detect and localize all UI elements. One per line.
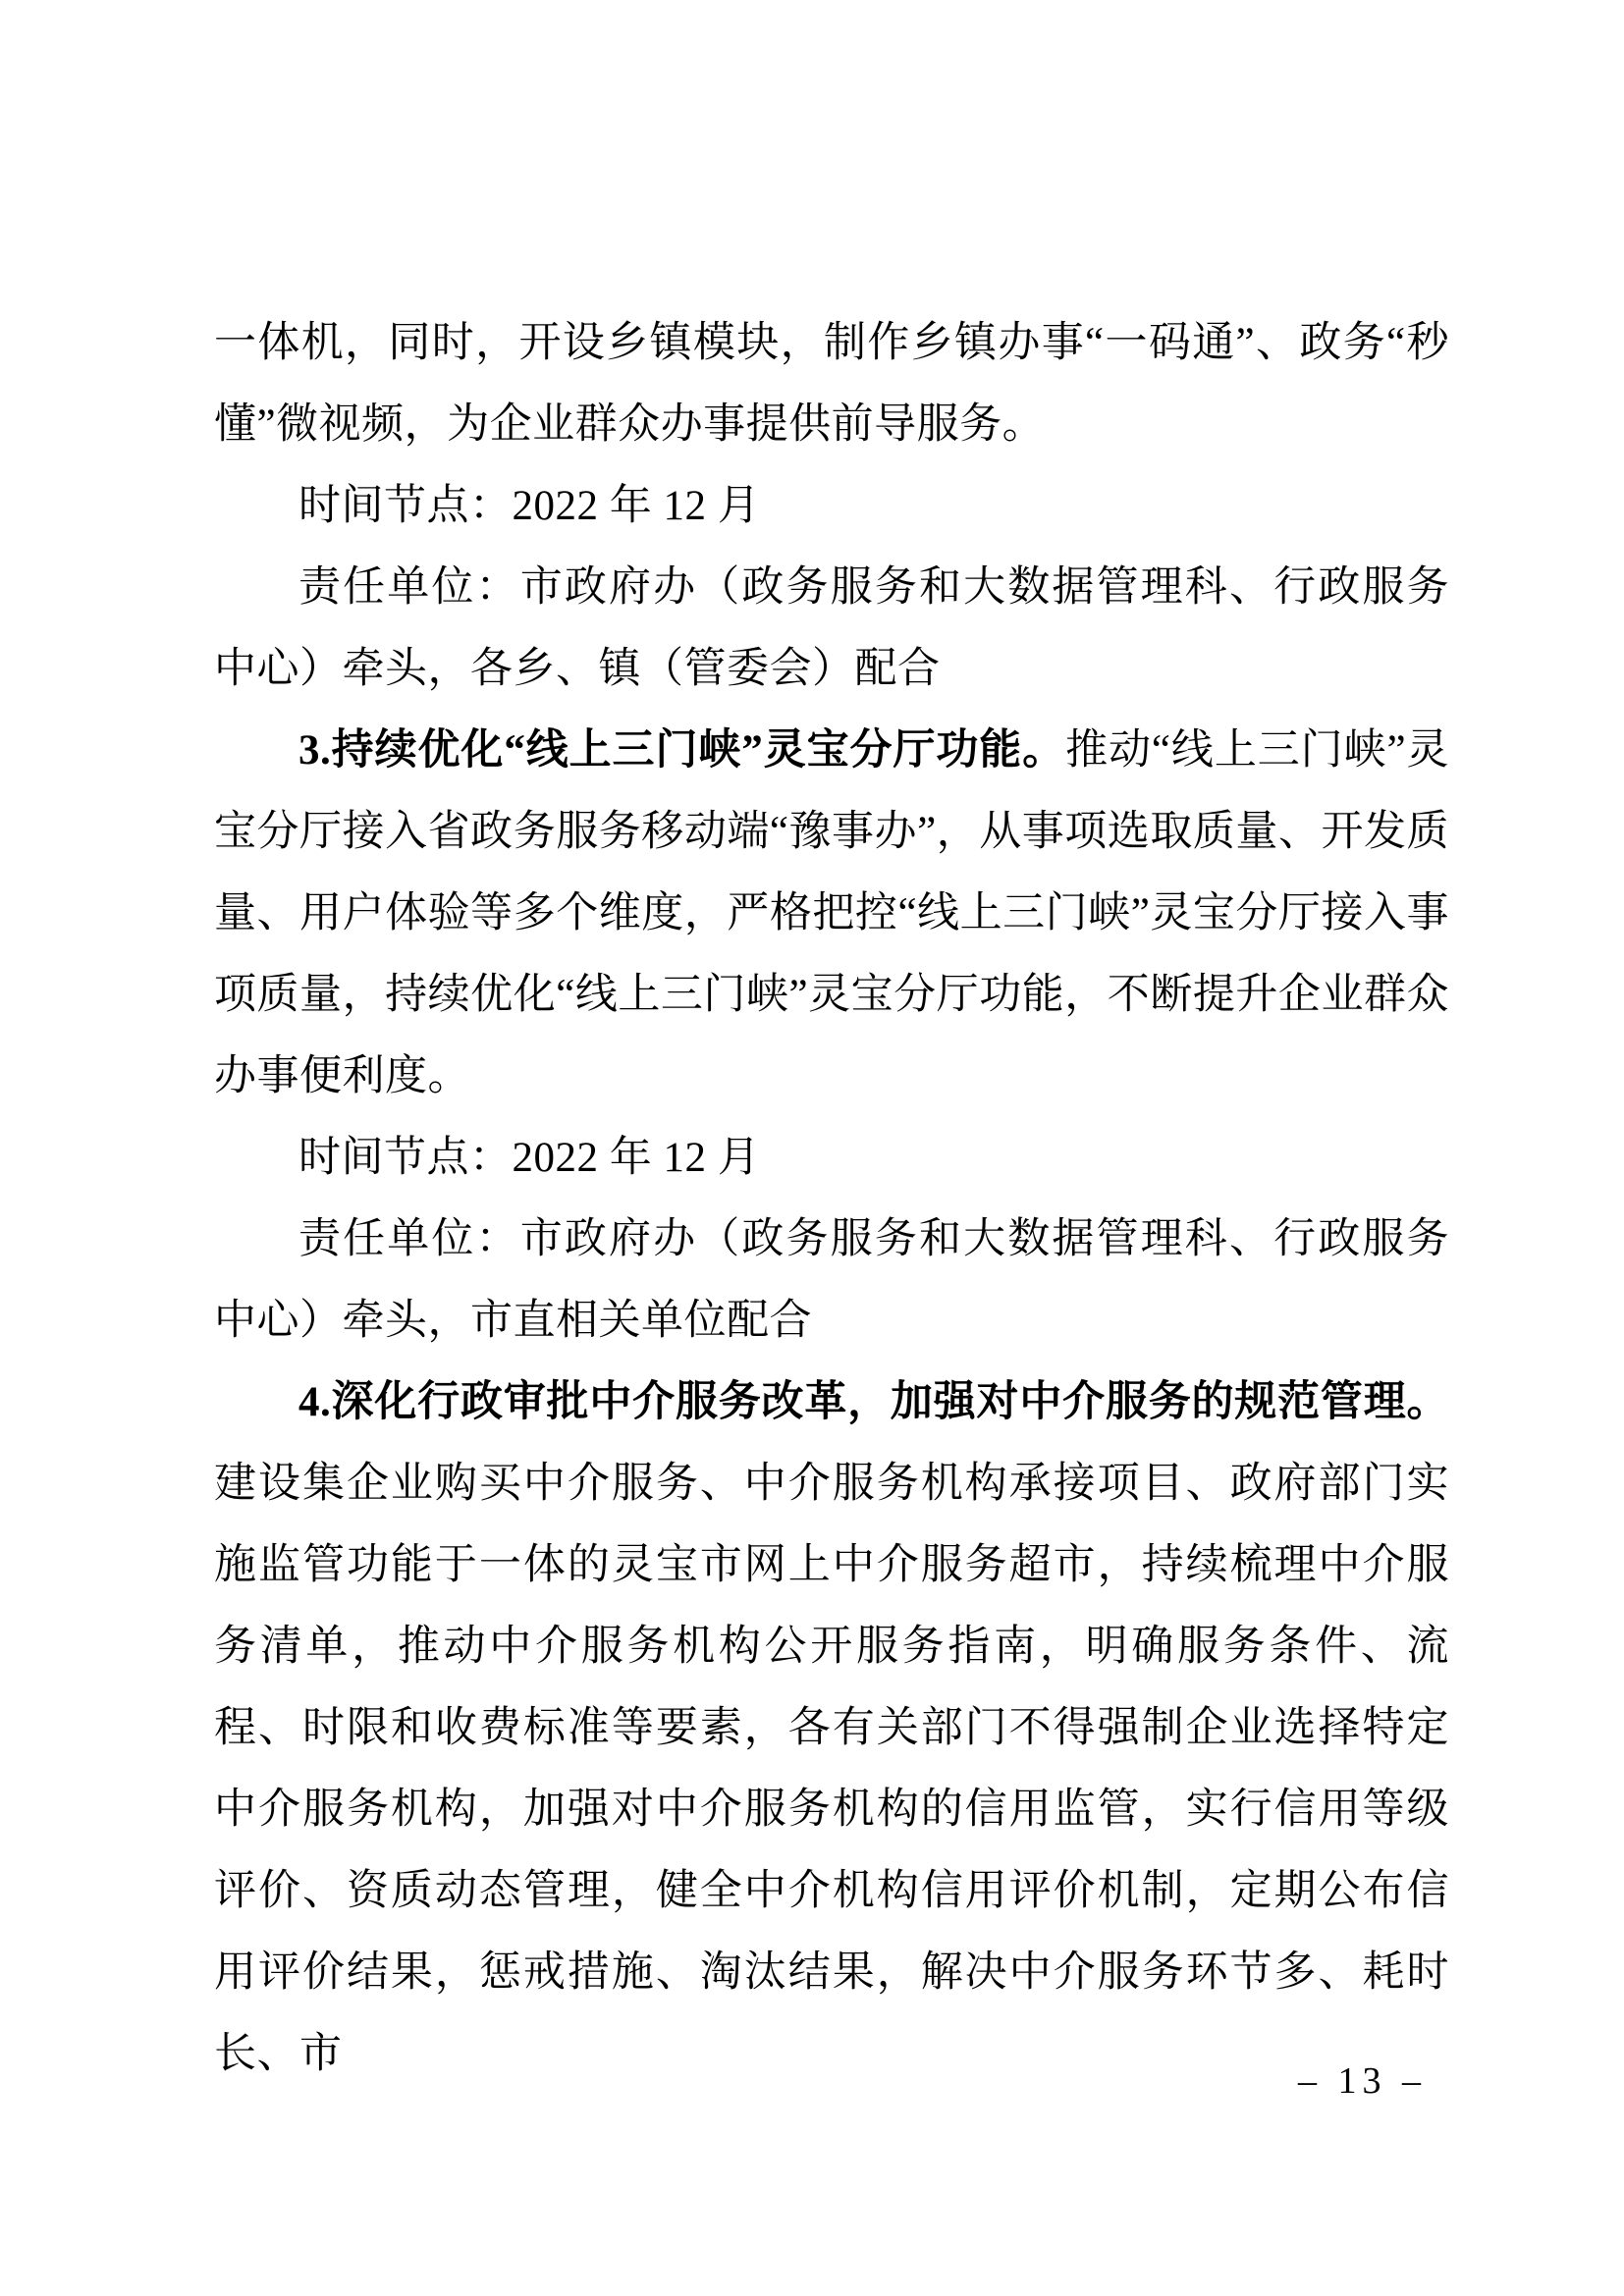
item-3-heading: 3.持续优化“线上三门峡”灵宝分厅功能。	[298, 727, 1065, 774]
paragraph-text: 责任单位：市政府办（政务服务和大数据管理科、行政服务中心）牵头，市直相关单位配合	[214, 1216, 1449, 1344]
responsible-unit-paragraph: 责任单位：市政府办（政务服务和大数据管理科、行政服务中心）牵头，市直相关单位配合	[214, 1199, 1449, 1362]
item-4-paragraph: 4.深化行政审批中介服务改革，加强对中介服务的规范管理。建设集企业购买中介服务、…	[214, 1362, 1449, 2095]
timeline-paragraph: 时间节点：2022 年 12 月	[214, 1117, 1449, 1199]
paragraph-text: 一体机，同时，开设乡镇模块，制作乡镇办事“一码通”、政务“秒懂”微视频，为企业群…	[214, 320, 1449, 448]
item-4-heading: 4.深化行政审批中介服务改革，加强对中介服务的规范管理。	[298, 1379, 1449, 1425]
paragraph-text: 建设集企业购买中介服务、中介服务机构承接项目、政府部门实施监管功能于一体的灵宝市…	[214, 1461, 1449, 2077]
responsible-unit-paragraph: 责任单位：市政府办（政务服务和大数据管理科、行政服务中心）牵头，各乡、镇（管委会…	[214, 547, 1449, 710]
paragraph-continuation: 一体机，同时，开设乡镇模块，制作乡镇办事“一码通”、政务“秒懂”微视频，为企业群…	[214, 302, 1449, 465]
document-page: 一体机，同时，开设乡镇模块，制作乡镇办事“一码通”、政务“秒懂”微视频，为企业群…	[0, 0, 1624, 2296]
paragraph-text: 推动“线上三门峡”灵宝分厅接入省政务服务移动端“豫事办”，从事项选取质量、开发质…	[214, 727, 1449, 1099]
document-body: 一体机，同时，开设乡镇模块，制作乡镇办事“一码通”、政务“秒懂”微视频，为企业群…	[214, 302, 1449, 2095]
timeline-paragraph: 时间节点：2022 年 12 月	[214, 465, 1449, 547]
paragraph-text: 时间节点：2022 年 12 月	[298, 483, 760, 529]
paragraph-text: 责任单位：市政府办（政务服务和大数据管理科、行政服务中心）牵头，各乡、镇（管委会…	[214, 564, 1449, 692]
item-3-paragraph: 3.持续优化“线上三门峡”灵宝分厅功能。推动“线上三门峡”灵宝分厅接入省政务服务…	[214, 710, 1449, 1117]
paragraph-text: 时间节点：2022 年 12 月	[298, 1135, 760, 1181]
page-number: – 13 –	[1298, 2057, 1427, 2105]
